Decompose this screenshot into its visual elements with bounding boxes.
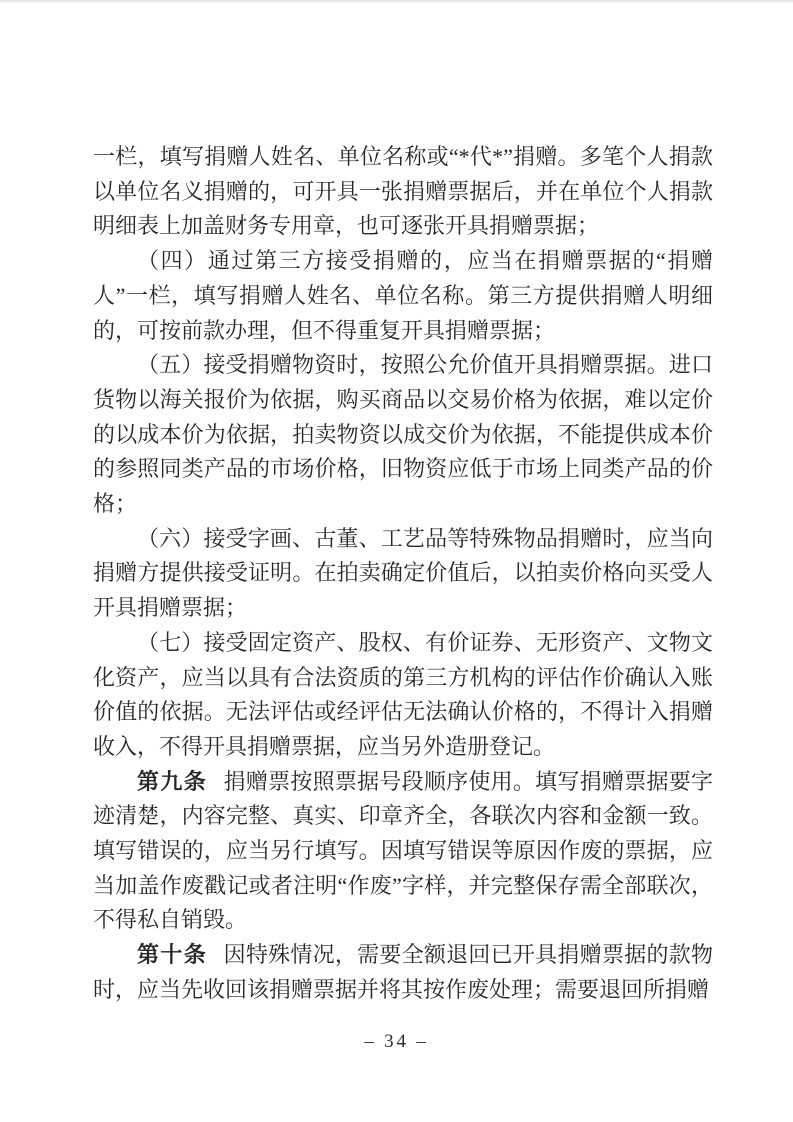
clause-4-paragraph: （四）通过第三方接受捐赠的，应当在捐赠票据的“捐赠人”一栏，填写捐赠人姓名、单位… — [93, 244, 713, 348]
page-number: – 34 – — [0, 1031, 793, 1053]
document-body: 一栏，填写捐赠人姓名、单位名称或“*代*”捐赠。多笔个人捐款以单位名义捐赠的，可… — [93, 140, 713, 1008]
clause-6-paragraph: （六）接受字画、古董、工艺品等特殊物品捐赠时，应当向捐赠方提供接受证明。在拍卖确… — [93, 522, 713, 626]
paragraph-text: （五）接受捐赠物资时，按照公允价值开具捐赠票据。进口货物以海关报价为依据，购买商… — [93, 352, 713, 516]
paragraph-text: （四）通过第三方接受捐赠的，应当在捐赠票据的“捐赠人”一栏，填写捐赠人姓名、单位… — [93, 248, 713, 342]
paragraph-text: （六）接受字画、古董、工艺品等特殊物品捐赠时，应当向捐赠方提供接受证明。在拍卖确… — [93, 526, 713, 620]
paragraph-continuation: 一栏，填写捐赠人姓名、单位名称或“*代*”捐赠。多笔个人捐款以单位名义捐赠的，可… — [93, 140, 713, 244]
article-10-paragraph: 第十条因特殊情况，需要全额退回已开具捐赠票据的款物时，应当先收回该捐赠票据并将其… — [93, 938, 713, 1007]
article-9-paragraph: 第九条捐赠票按照票据号段顺序使用。填写捐赠票据要字迹清楚，内容完整、真实、印章齐… — [93, 765, 713, 939]
article-10-label: 第十条 — [137, 942, 207, 967]
clause-7-paragraph: （七）接受固定资产、股权、有价证券、无形资产、文物文化资产，应当以具有合法资质的… — [93, 626, 713, 765]
clause-5-paragraph: （五）接受捐赠物资时，按照公允价值开具捐赠票据。进口货物以海关报价为依据，购买商… — [93, 348, 713, 522]
article-9-label: 第九条 — [137, 769, 207, 794]
document-page: 一栏，填写捐赠人姓名、单位名称或“*代*”捐赠。多笔个人捐款以单位名义捐赠的，可… — [0, 0, 793, 1122]
paragraph-text: 一栏，填写捐赠人姓名、单位名称或“*代*”捐赠。多笔个人捐款以单位名义捐赠的，可… — [93, 144, 713, 238]
paragraph-text: （七）接受固定资产、股权、有价证券、无形资产、文物文化资产，应当以具有合法资质的… — [93, 630, 713, 759]
